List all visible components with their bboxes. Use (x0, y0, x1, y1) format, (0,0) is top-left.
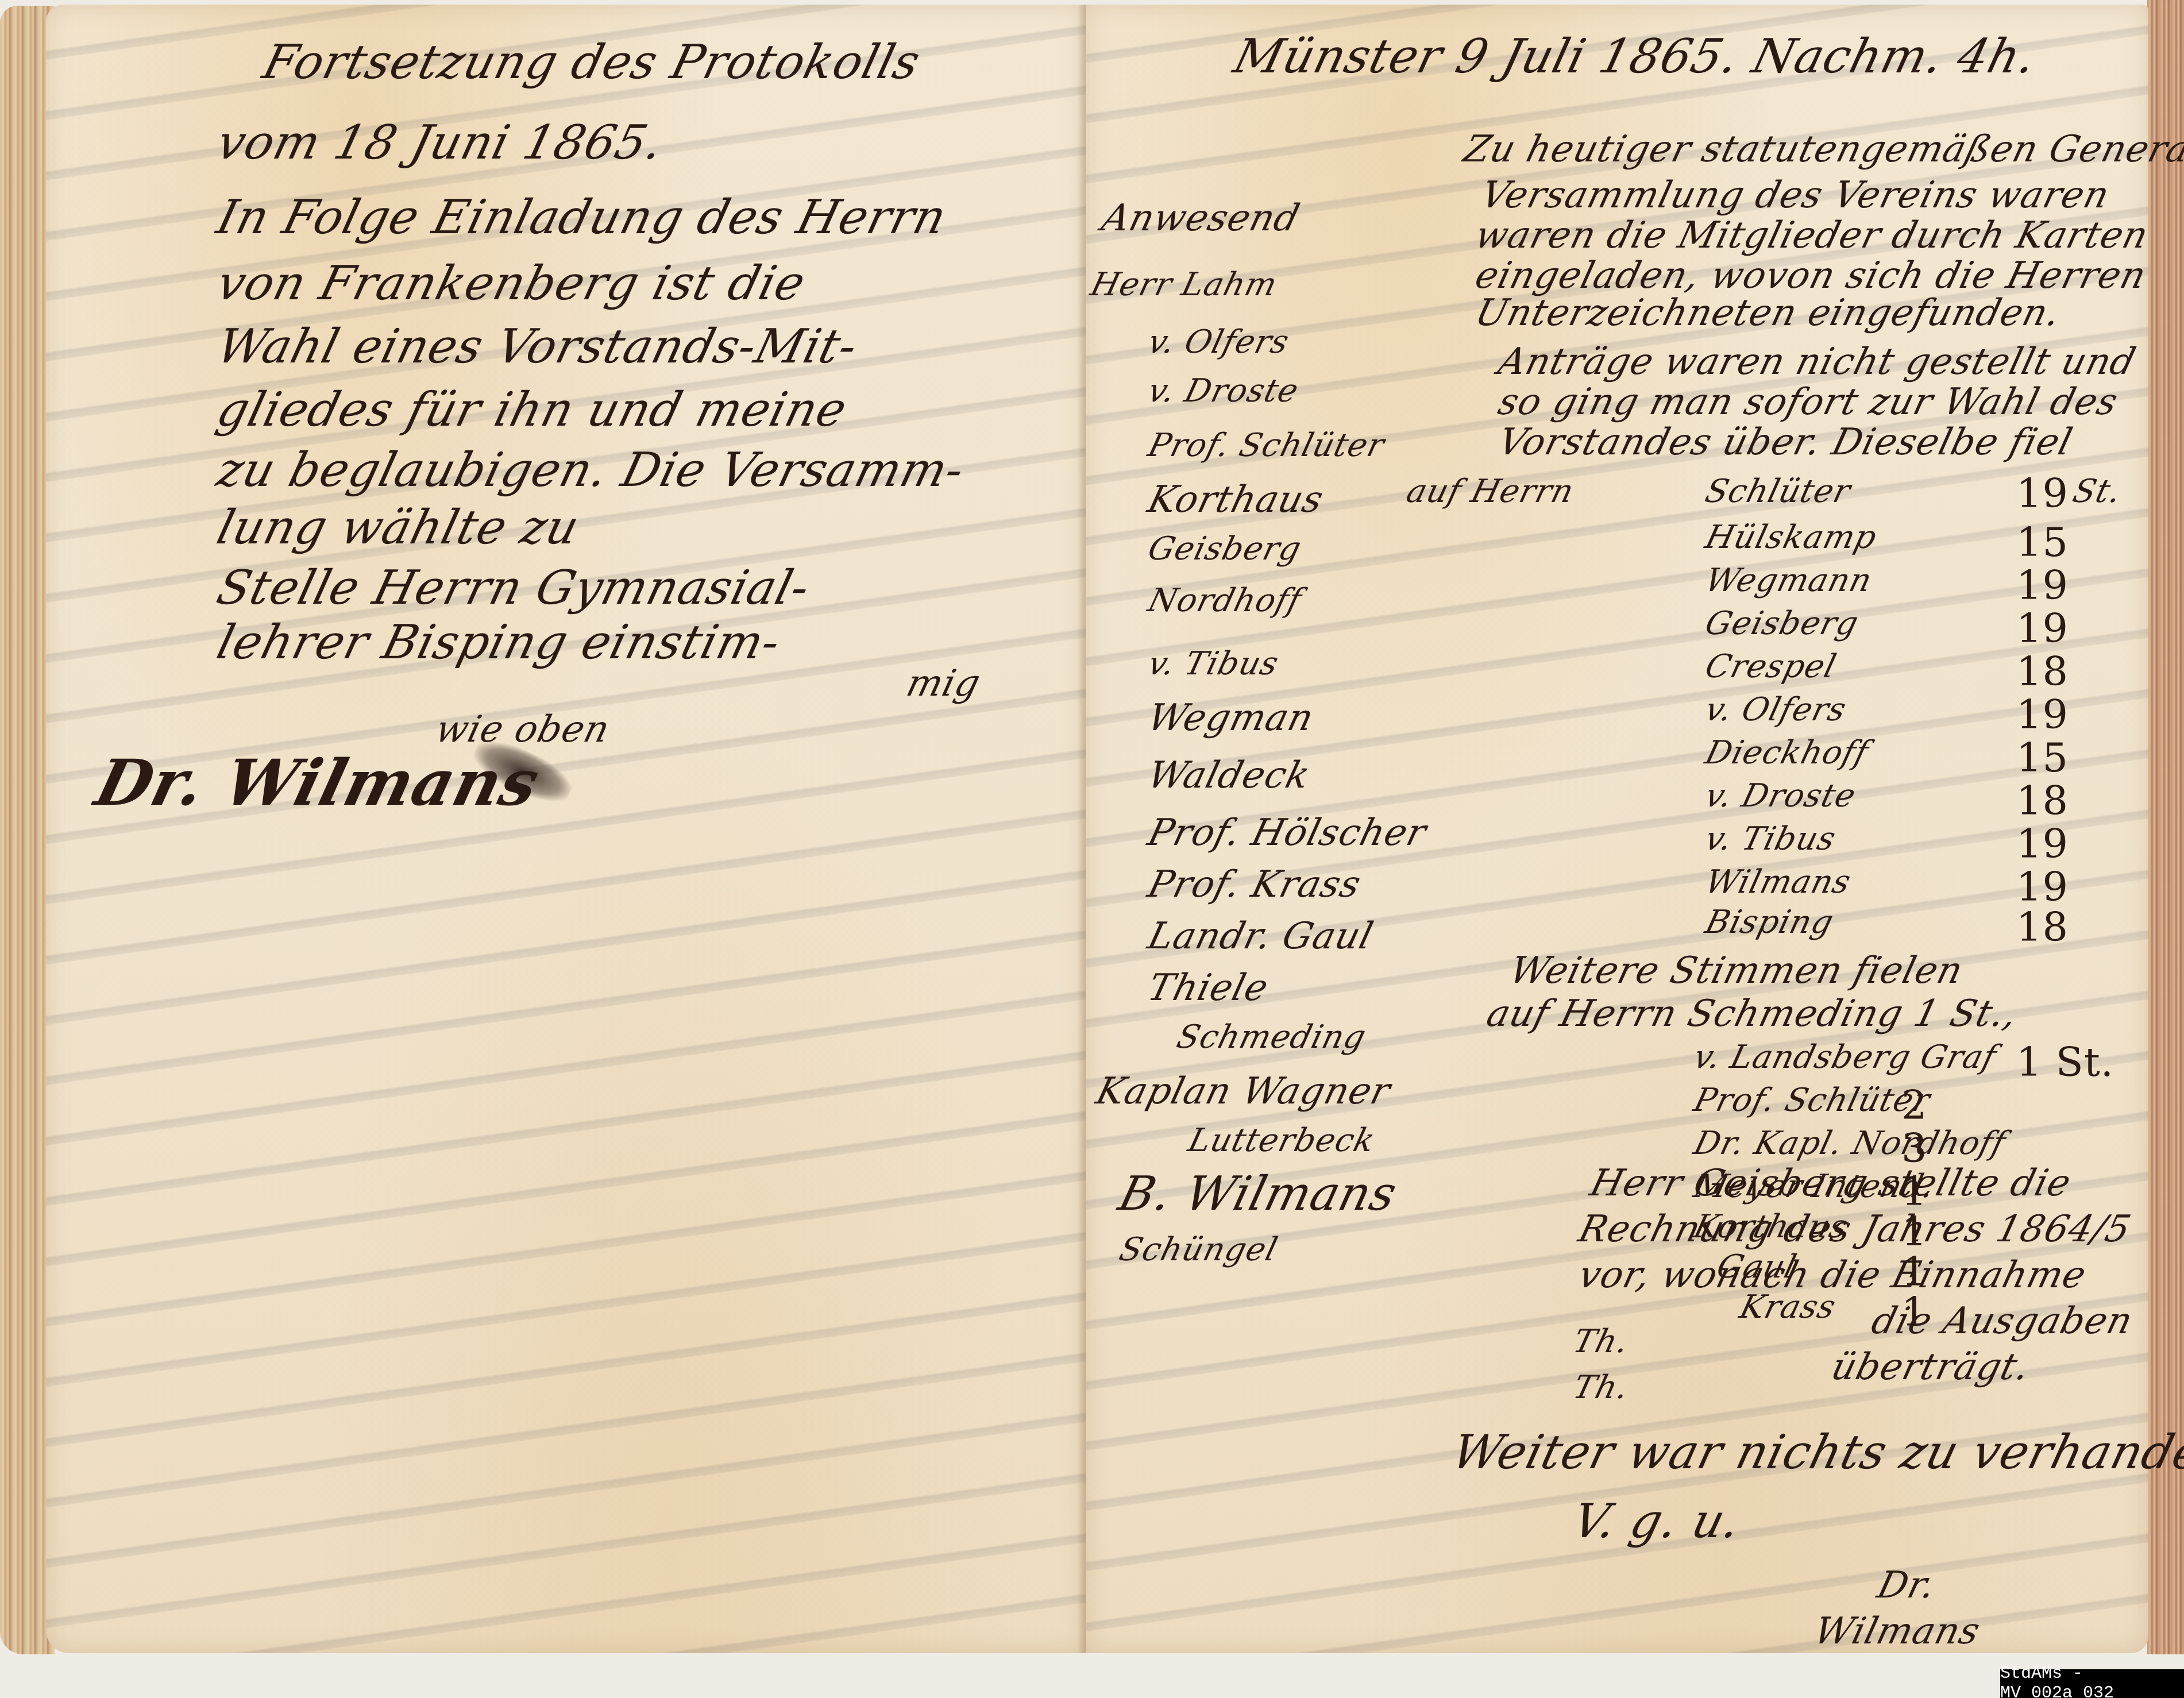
closing-mark: V. g. u. (1568, 1498, 1746, 1545)
attendee: Prof. Hölscher (1144, 815, 1430, 851)
left-body-line: gliedes für ihn und meine (213, 387, 851, 434)
intro-line: Anträge waren nicht gestellt und (1495, 344, 2140, 380)
vote-name: Dieckhoff (1702, 737, 1872, 769)
treasurer-line: Rechnung des Jahres 1864/5 (1575, 1211, 2135, 1248)
attendee: Prof. Schlüter (1145, 430, 1388, 462)
signature-line: Dr. (1874, 1567, 1939, 1604)
attendee: Kaplan Wagner (1093, 1073, 1394, 1110)
left-body-line: Wahl eines Vorstands-Mit- (213, 323, 862, 371)
vote-count: 19 (2016, 605, 2069, 652)
vote-count: 19 (2016, 470, 2069, 517)
vote-name: Bisping (1702, 906, 1836, 939)
attendance-header: Anwesend (1098, 200, 1303, 237)
left-body-line: lung wählte zu (213, 504, 584, 551)
attendee: B. Wilmans (1114, 1171, 1402, 1218)
left-closing: wie oben (432, 711, 613, 748)
right-heading: Münster 9 Juli 1865. Nachm. 4h. (1229, 33, 2041, 80)
vote-name: Wegmann (1702, 565, 1876, 597)
vote-count: 19 (2016, 691, 2069, 738)
intro-line: Vorstandes über. Dieselbe fiel (1495, 424, 2076, 461)
left-body-line: lehrer Bisping einstim- (213, 619, 785, 666)
attendee: Wegman (1144, 700, 1317, 736)
vote-name: v. Olfers (1702, 694, 1850, 726)
attendee: v. Tibus (1145, 648, 1282, 680)
left-heading-line2: vom 18 Juni 1865. (213, 119, 668, 167)
intro-line: eingeladen, wovon sich die Herren (1472, 257, 2150, 294)
treasurer-line: überträgt. (1828, 1349, 2033, 1386)
left-page: Fortsetzung des Protokolls vom 18 Juni 1… (46, 5, 1086, 1653)
further-vote-name: Prof. Schlüter (1691, 1085, 1934, 1117)
intro-line: waren die Mitglieder durch Karten (1472, 217, 2152, 254)
page-block-edge-right (2147, 0, 2184, 1654)
attendee: Nordhoff (1145, 585, 1305, 617)
bleed-through-texture (46, 5, 1086, 1653)
attendee: Schüngel (1116, 1234, 1281, 1266)
attendee: Waldeck (1144, 757, 1314, 794)
attendee: Korthaus (1144, 481, 1327, 518)
vote-count: 15 (2016, 519, 2069, 566)
further-vote-count: 1 St. (2016, 1039, 2114, 1086)
attendee: Herr Lahm (1087, 269, 1280, 301)
attendee: Prof. Krass (1144, 866, 1364, 903)
left-body-line: In Folge Einladung des Herrn (213, 194, 951, 241)
intro-line: Zu heutiger statutengemäßen General- (1460, 131, 2184, 168)
treasurer-line: vor, wonach die Einnahme (1575, 1257, 2090, 1294)
vote-name: Hülskamp (1702, 522, 1880, 554)
vote-count: 18 (2016, 648, 2069, 695)
attendee: Schmeding (1174, 1021, 1369, 1053)
intro-line: so ging man sofort zur Wahl des (1495, 384, 2121, 420)
vote-count: 15 (2016, 734, 2069, 781)
signature-line: Wilmans (1811, 1613, 1984, 1650)
attendee: v. Olfers (1145, 326, 1292, 358)
attendee: Thiele (1144, 970, 1272, 1006)
treasurer-line: Herr Geisberg stellte die (1587, 1165, 2075, 1202)
vote-intro: auf Herrn (1403, 476, 1577, 508)
treasurer-line: die Ausgaben (1868, 1303, 2136, 1340)
vote-name: Schlüter (1702, 476, 1854, 508)
vote-count: 18 (2016, 777, 2069, 824)
left-body-line: Stelle Herrn Gymnasial- (213, 565, 815, 612)
right-page: Münster 9 Juli 1865. Nachm. 4h. Zu heuti… (1086, 5, 2148, 1653)
further-vote-name: v. Landsberg Graf (1691, 1041, 2000, 1074)
further-votes-intro: auf Herrn Schmeding 1 St., (1483, 995, 2021, 1032)
further-votes-intro: Weitere Stimmen fielen (1506, 952, 1967, 989)
closing-line: Weiter war nichts zu verhandeln. (1448, 1429, 2184, 1476)
vote-name: Wilmans (1702, 866, 1854, 898)
margin-note: Th. (1570, 1372, 1632, 1404)
margin-note: Th. (1570, 1326, 1632, 1358)
vote-count: 18 (2016, 904, 2069, 951)
left-body-line: mig (903, 665, 984, 702)
vote-name: v. Droste (1702, 780, 1859, 812)
attendee: Landr. Gaul (1144, 918, 1377, 955)
vote-unit: St. (2070, 476, 2125, 508)
attendee: Lutterbeck (1185, 1125, 1378, 1157)
intro-line: Unterzeichneten eingefunden. (1472, 295, 2065, 331)
intro-line: Versammlung des Vereins waren (1477, 177, 2113, 214)
left-body-line: zu beglaubigen. Die Versamm- (213, 447, 969, 494)
vote-name: Crespel (1702, 651, 1839, 683)
further-vote-name: Dr. Kapl. Nordhoff (1691, 1128, 2009, 1160)
further-vote-count: 2 (1901, 1082, 1928, 1129)
book-spread: Fortsetzung des Protokolls vom 18 Juni 1… (0, 0, 2184, 1698)
vote-name: Geisberg (1702, 608, 1862, 640)
attendee: Geisberg (1145, 533, 1305, 565)
attendee: v. Droste (1145, 375, 1302, 407)
vote-count: 19 (2016, 820, 2069, 867)
left-body-line: von Frankenberg ist die (213, 260, 810, 307)
vote-count: 19 (2016, 562, 2069, 609)
left-heading-line1: Fortsetzung des Protokolls (258, 39, 925, 86)
archive-label: StdAMs - MV_002a_032 (2000, 1669, 2184, 1698)
vote-name: v. Tibus (1702, 823, 1839, 855)
